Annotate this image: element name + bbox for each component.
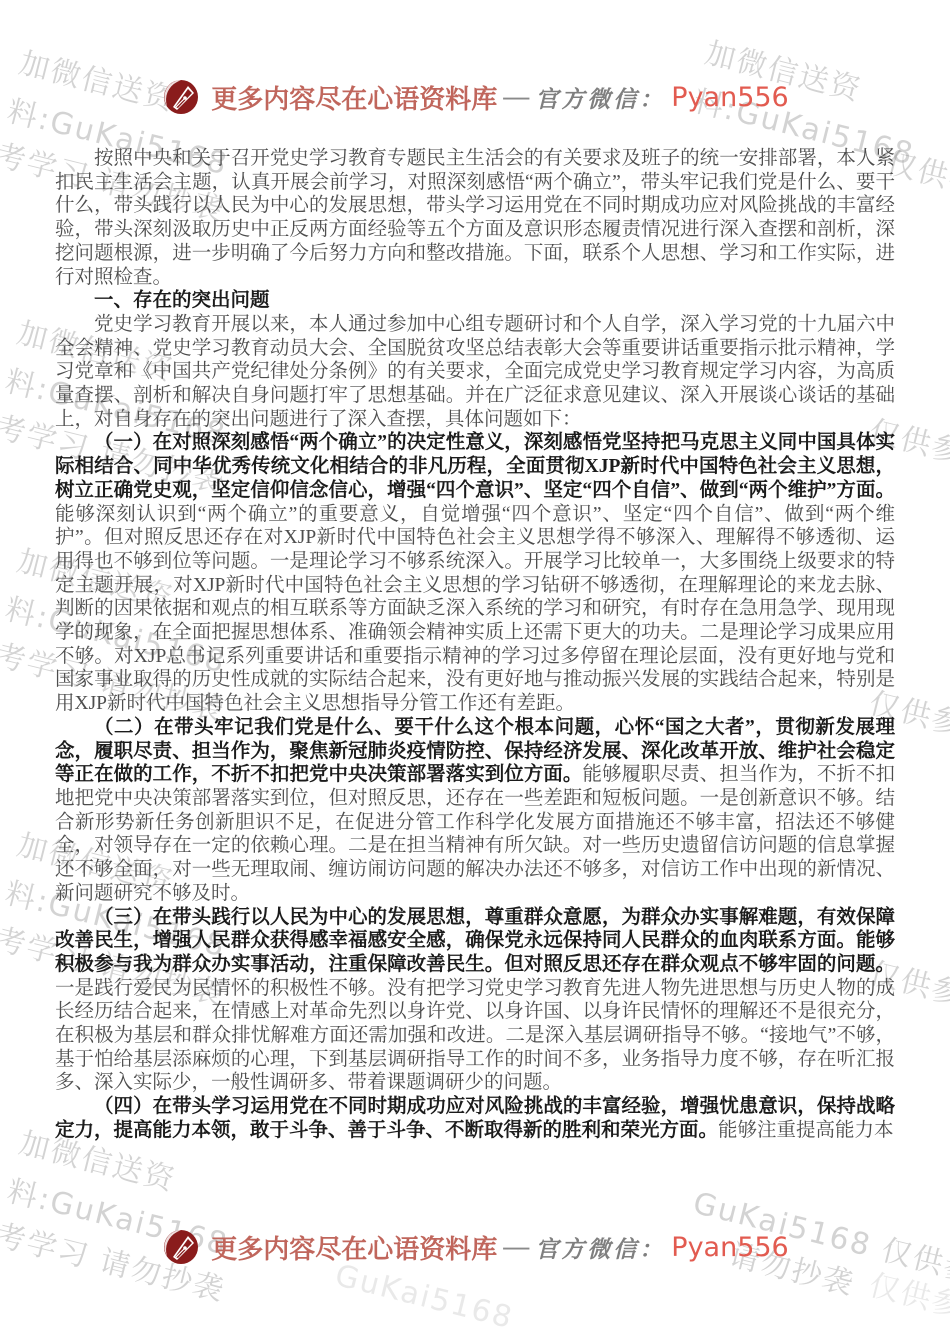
pen-nib-logo-icon [161, 77, 201, 117]
text-segment: 能够深刻认识到“两个确立”的重要意义，自觉增强“四个意识”、坚定“四个自信”、做… [55, 504, 895, 715]
text-segment: 能够注重提高能力本 [718, 1120, 894, 1141]
watermark-text: 仅供参考学习 [865, 1260, 950, 1344]
document-body: 按照中央和关于召开党史学习教育专题民主生活会的有关要求及班子的统一安排部署，本人… [55, 147, 895, 1143]
bold-text-segment: （一）在对照深刻感悟“两个确立”的决定性意义，深刻感悟党坚持把马克思主义同中国具… [55, 432, 895, 500]
footer-banner: 更多内容尽在心语资料库 — 官方微信： Pyan556 [0, 1224, 950, 1270]
paragraph: （四）在带头学习运用党在不同时期成功应对风险挑战的丰富经验，增强忧患意识，保持战… [55, 1095, 895, 1142]
paragraph: （三）在带头践行以人民为中心的发展思想，尊重群众意愿，为群众办实事解难题，有效保… [55, 906, 895, 1096]
wechat-account: Pyan556 [671, 1232, 788, 1263]
text-segment: 党史学习教育开展以来，本人通过参加中心组专题研讨和个人自学，深入学习党的十九届六… [55, 314, 895, 430]
paragraph: （二）在带头牢记我们党是什么、要干什么这个根本问题，心怀“国之大者”，贯彻新发展… [55, 716, 895, 906]
official-wechat-label: 官方微信： [535, 1231, 665, 1264]
brand-dash: — [503, 82, 529, 112]
bold-text-segment: 一、存在的突出问题 [94, 290, 270, 311]
bold-text-segment: （三）在带头践行以人民为中心的发展思想，尊重群众意愿，为群众办实事解难题，有效保… [55, 907, 895, 975]
text-segment: 按照中央和关于召开党史学习教育专题民主生活会的有关要求及班子的统一安排部署，本人… [55, 148, 895, 288]
wechat-account: Pyan556 [671, 82, 788, 113]
brand-text: 更多内容尽在心语资料库 [211, 1229, 497, 1266]
pen-nib-logo-icon [161, 1227, 201, 1267]
document-page: 加微信送资料:GuKai5168考学习 请勿抄袭加微信送资料:GuKai5168… [0, 0, 950, 1344]
text-segment: 一是践行爱民为民情怀的积极性不够。没有把学习党史学习教育先进人物先进思想与历史人… [55, 978, 895, 1094]
header-banner: 更多内容尽在心语资料库 — 官方微信： Pyan556 [0, 74, 950, 120]
brand-dash: — [503, 1232, 529, 1262]
brand-text: 更多内容尽在心语资料库 [211, 79, 497, 116]
paragraph: 按照中央和关于召开党史学习教育专题民主生活会的有关要求及班子的统一安排部署，本人… [55, 147, 895, 289]
official-wechat-label: 官方微信： [535, 81, 665, 114]
section-heading: 一、存在的突出问题 [55, 289, 895, 313]
paragraph: 党史学习教育开展以来，本人通过参加中心组专题研讨和个人自学，深入学习党的十九届六… [55, 313, 895, 432]
paragraph: （一）在对照深刻感悟“两个确立”的决定性意义，深刻感悟党坚持把马克思主义同中国具… [55, 431, 895, 715]
